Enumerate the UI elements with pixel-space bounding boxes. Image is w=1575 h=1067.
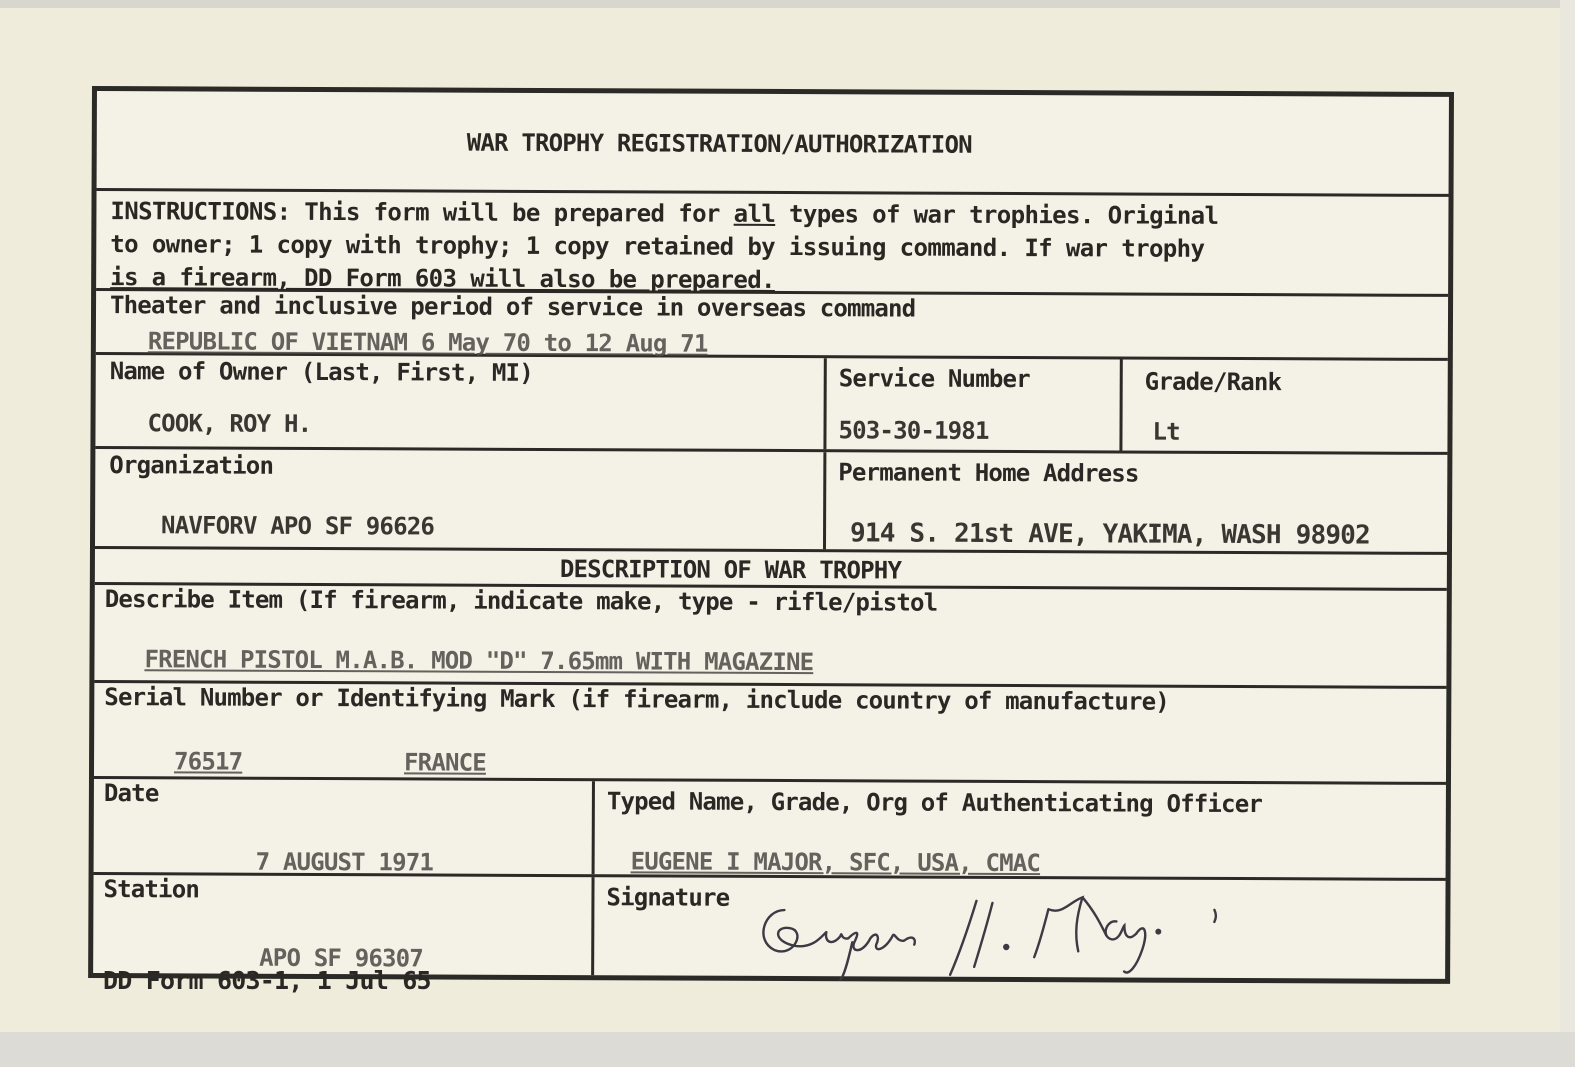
describe-item-value[interactable]: FRENCH PISTOL M.A.B. MOD "D" 7.65mm WITH… xyxy=(144,645,813,676)
title-row: WAR TROPHY REGISTRATION/AUTHORIZATION xyxy=(97,91,1449,197)
scan-edge-bottom xyxy=(0,1032,1575,1067)
authenticating-officer-field[interactable]: Typed Name, Grade, Org of Authenticating… xyxy=(592,781,1446,878)
signature-label: Signature xyxy=(606,883,729,912)
describe-item-row[interactable]: Describe Item (If firearm, indicate make… xyxy=(94,585,1446,689)
grade-rank-field[interactable]: Grade/Rank Lt xyxy=(1119,359,1447,451)
theater-value[interactable]: REPUBLIC OF VIETNAM 6 May 70 to 12 Aug 7… xyxy=(148,327,708,357)
description-header-row: DESCRIPTION OF WAR TROPHY xyxy=(95,549,1447,591)
theater-row[interactable]: Theater and inclusive period of service … xyxy=(96,291,1448,361)
serial-number-value[interactable]: 76517 xyxy=(174,747,242,775)
home-address-label: Permanent Home Address xyxy=(838,458,1138,487)
station-field[interactable]: Station APO SF 96307 xyxy=(93,875,591,975)
date-value[interactable]: 7 AUGUST 1971 xyxy=(256,848,434,877)
instructions-row: INSTRUCTIONS: This form will be prepared… xyxy=(96,191,1448,297)
serial-number-row[interactable]: Serial Number or Identifying Mark (if fi… xyxy=(94,683,1446,785)
organization-field[interactable]: Organization NAVFORV APO SF 96626 xyxy=(95,449,823,549)
home-address-value[interactable]: 914 S. 21st AVE, YAKIMA, WASH 98902 xyxy=(850,518,1370,550)
organization-row: Organization NAVFORV APO SF 96626 Perman… xyxy=(95,449,1447,555)
service-number-label: Service Number xyxy=(839,364,1030,393)
owner-name-field[interactable]: Name of Owner (Last, First, MI) COOK, RO… xyxy=(95,355,823,449)
instructions-text: INSTRUCTIONS: This form will be prepared… xyxy=(110,195,1218,299)
grade-rank-value[interactable]: Lt xyxy=(1152,418,1179,446)
owner-row: Name of Owner (Last, First, MI) COOK, RO… xyxy=(95,355,1447,455)
authenticating-officer-value[interactable]: EUGENE I MAJOR, SFC, USA, CMAC xyxy=(631,847,1041,877)
scan-edge-top xyxy=(0,0,1575,8)
date-row: Date 7 AUGUST 1971 Typed Name, Grade, Or… xyxy=(94,779,1446,881)
authenticating-officer-label: Typed Name, Grade, Org of Authenticating… xyxy=(607,787,1262,818)
country-of-manufacture-value[interactable]: FRANCE xyxy=(404,748,486,776)
handwritten-signature-icon xyxy=(744,880,1304,982)
form-number: DD Form 603-1, 1 Jul 65 xyxy=(103,966,431,995)
theater-label: Theater and inclusive period of service … xyxy=(110,291,915,323)
date-field[interactable]: Date 7 AUGUST 1971 xyxy=(94,779,592,874)
owner-name-label: Name of Owner (Last, First, MI) xyxy=(110,357,533,387)
serial-number-label: Serial Number or Identifying Mark (if fi… xyxy=(104,683,1169,716)
description-header: DESCRIPTION OF WAR TROPHY xyxy=(560,555,901,584)
organization-value[interactable]: NAVFORV APO SF 96626 xyxy=(161,511,434,540)
war-trophy-form: WAR TROPHY REGISTRATION/AUTHORIZATION IN… xyxy=(88,86,1454,984)
service-number-field[interactable]: Service Number 503-30-1981 xyxy=(823,358,1119,450)
grade-rank-label: Grade/Rank xyxy=(1145,368,1282,397)
form-title: WAR TROPHY REGISTRATION/AUTHORIZATION xyxy=(467,129,972,159)
owner-name-value[interactable]: COOK, ROY H. xyxy=(147,409,311,438)
organization-label: Organization xyxy=(109,451,273,480)
scan-edge-right xyxy=(1560,0,1575,1040)
signature-field[interactable]: Signature xyxy=(591,877,1445,979)
home-address-field[interactable]: Permanent Home Address 914 S. 21st AVE, … xyxy=(823,452,1447,552)
service-number-value[interactable]: 503-30-1981 xyxy=(838,416,988,445)
station-row: Station APO SF 96307 Signature xyxy=(93,875,1445,979)
date-label: Date xyxy=(104,779,159,807)
station-label: Station xyxy=(103,875,199,903)
describe-item-label: Describe Item (If firearm, indicate make… xyxy=(105,585,938,617)
